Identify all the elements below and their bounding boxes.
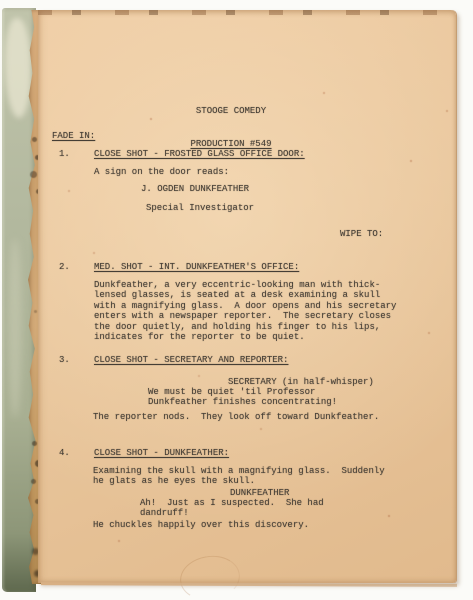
scene-1-heading: CLOSE SHOT - FROSTED GLASS OFFICE DOOR: — [94, 149, 305, 159]
scene-3-character-cue: SECRETARY (in half-whisper) — [228, 377, 374, 387]
scene-3-action: The reporter nods. They look off toward … — [93, 412, 379, 422]
scene-3-number: 3. — [59, 355, 70, 365]
scene-4-heading: CLOSE SHOT - DUNKFEATHER: — [94, 448, 229, 458]
script-page: STOOGE COMEDY PRODUCTION #549 FADE IN: 1… — [38, 10, 456, 583]
scene-1-number: 1. — [59, 149, 70, 159]
paper-ring-stain — [177, 552, 243, 600]
scene-3-dialogue: We must be quiet 'til Professor Dunkfeat… — [148, 387, 337, 408]
scene-4-dialogue: Ah! Just as I suspected. She had dandruf… — [140, 498, 324, 519]
scene-1-sign-title: Special Investigator — [146, 203, 254, 213]
wipe-to-transition: WIPE TO: — [340, 229, 383, 239]
scene-3-heading: CLOSE SHOT - SECRETARY AND REPORTER: — [94, 355, 288, 365]
scene-2-number: 2. — [59, 262, 70, 272]
scene-4-character-cue: DUNKFEATHER — [230, 488, 289, 498]
scene-1-sign-name: J. OGDEN DUNKFEATHER — [141, 184, 249, 194]
scene-2-action: Dunkfeather, a very eccentric-looking ma… — [94, 280, 396, 342]
photo-backdrop: STOOGE COMEDY PRODUCTION #549 FADE IN: 1… — [0, 0, 473, 600]
fade-in-label: FADE IN: — [52, 131, 95, 141]
scene-1-action: A sign on the door reads: — [94, 167, 229, 177]
scene-4-number: 4. — [59, 448, 70, 458]
scene-2-heading: MED. SHOT - INT. DUNKFEATHER'S OFFICE: — [94, 262, 299, 272]
scene-4-action-2: He chuckles happily over this discovery. — [93, 520, 309, 530]
binding-wear-patch — [5, 18, 31, 118]
scene-4-action: Examining the skull with a magnifying gl… — [93, 466, 385, 487]
spine-dark-spots — [31, 10, 34, 13]
paper-foxing-specks — [38, 10, 40, 12]
binding-wear-patch-lower — [8, 238, 22, 418]
script-title: STOOGE COMEDY — [156, 106, 306, 117]
